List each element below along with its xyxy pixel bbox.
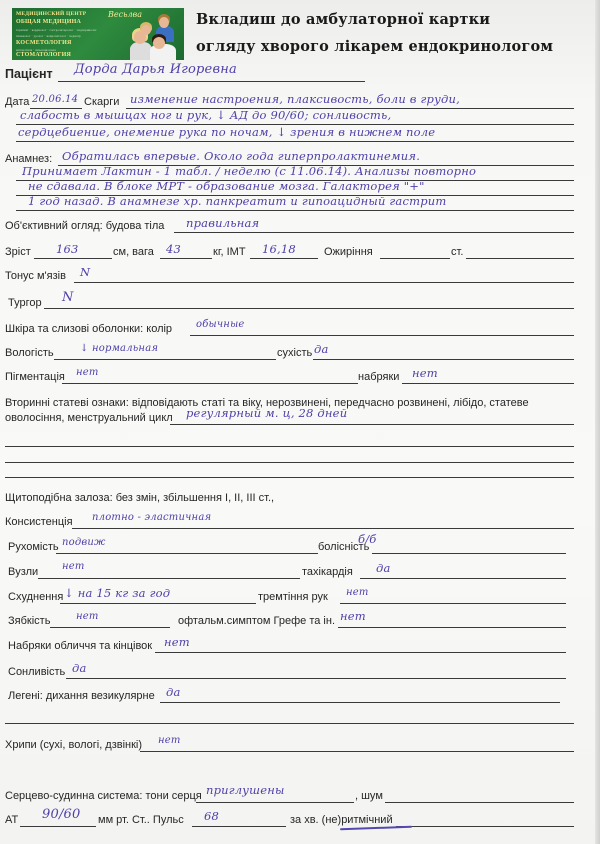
clinic-logo: МЕДИЦИНСКИЙ ЦЕНТР Весьлва ОБЩАЯ МЕДИЦИНА… [12,8,184,60]
secondary-sex-label-2: оволосіння, менструальний цикл [5,412,173,424]
consistency-field[interactable]: плотно - эластичная [92,512,211,523]
weight-loss-line [60,603,256,604]
tenderness-field[interactable]: б/б [358,532,377,546]
rhythm-label: за хв. (не)ритмічний [290,814,393,826]
tachycardia-label: тахікардія [302,566,353,578]
chilliness-label: Зябкість [8,615,50,627]
body-build-label: Об'єктивний огляд: будова тіла [5,220,164,232]
logo-line-dentistry: СТОМАТОЛОГИЯ [16,52,71,58]
hand-tremor-label: тремтіння рук [258,591,328,603]
obesity-label: Ожиріння [324,246,373,258]
edema-line [402,383,574,384]
tenderness-line [372,553,566,554]
logo-line-services-2: гинеколог · уролог · невропатолог · педи… [16,34,81,38]
blank-line-2 [5,462,574,463]
consistency-line [72,528,574,529]
blood-pressure-label: АТ [5,814,18,826]
anamnesis-field-line-2[interactable]: Принимает Лактин - 1 табл. / неделю (с 1… [22,164,476,178]
skin-color-line [190,335,574,336]
date-field[interactable]: 20.06.14 [32,94,78,105]
moisture-field[interactable]: ↓ нормальная [80,343,158,354]
pulse-line [192,826,286,827]
moisture-label: Вологість [5,347,54,359]
weight-loss-label: Схуднення [8,591,63,603]
body-build-line [174,232,574,233]
lungs-label: Легені: дихання везикулярне [8,690,155,702]
weight-label: см, вага [113,246,154,258]
turgor-label: Тургор [8,297,42,309]
height-line [34,258,112,259]
height-field[interactable]: 163 [56,242,79,256]
complaints-line-3 [16,141,574,142]
rhythm-line [396,826,574,827]
bmi-line [250,258,318,259]
face-edema-line [155,652,566,653]
pulse-field[interactable]: 68 [204,809,219,823]
obesity-degree-line [466,258,574,259]
turgor-field[interactable]: N [62,290,74,305]
turgor-line [44,308,574,309]
form-page: МЕДИЦИНСКИЙ ЦЕНТР Весьлва ОБЩАЯ МЕДИЦИНА… [0,0,600,844]
complaints-field-line-3[interactable]: сердцебиение, онемение рука по ночам, ↓ … [18,125,435,139]
heart-sounds-label: Серцево-судинна система: тони серця [5,790,202,802]
heart-sounds-field[interactable]: приглушены [206,783,285,797]
edema-field[interactable]: нет [412,366,438,380]
height-label: Зріст [5,246,31,258]
drowsiness-label: Сонливість [8,666,65,678]
edema-label: набряки [358,371,399,383]
skin-color-field[interactable]: обычные [196,319,245,330]
patient-field[interactable]: Дорда Дарья Игоревна [74,62,237,77]
anamnesis-line-4 [16,210,574,211]
graefe-field[interactable]: нет [340,609,366,623]
bmi-label: кг, ІМТ [213,246,246,258]
skin-color-label: Шкіра та слизові оболонки: колір [5,323,172,335]
logo-line-cosmetology: КОСМЕТОЛОГИЯ [16,40,72,46]
bmi-field[interactable]: 16,18 [262,242,296,256]
mobility-line [56,553,318,554]
face-edema-label: Набряки обличчя та кінцівок [8,640,152,652]
rhythm-underline-mark [340,826,412,831]
muscle-tone-line [74,282,574,283]
dryness-line [313,359,574,360]
logo-line-center: МЕДИЦИНСКИЙ ЦЕНТР [16,11,86,17]
tachycardia-line [360,578,566,579]
logo-line-general: ОБЩАЯ МЕДИЦИНА [16,19,81,25]
nodes-field[interactable]: нет [62,561,85,572]
logo-line-services: терапевт · кардиолог · гастроэнтеролог ·… [16,28,97,32]
blood-pressure-line [20,826,96,827]
obesity-degree-label: ст. [451,246,463,258]
body-build-field[interactable]: правильная [186,216,259,230]
muscle-tone-field[interactable]: N [80,265,90,279]
mobility-field[interactable]: подвиж [62,537,106,548]
pigmentation-line [62,383,358,384]
complaints-label: Скарги [84,96,119,108]
patient-field-line [58,81,365,82]
drowsiness-field[interactable]: да [72,661,87,675]
anamnesis-field-line-3[interactable]: не сдавала. В блоке МРТ - образование мо… [28,179,425,193]
family-photo-icon [122,14,182,60]
graefe-label: офтальм.симптом Грефе та ін. [178,615,335,627]
rales-label: Хрипи (сухі, вологі, дзвінкі) [5,739,142,751]
weight-line [160,258,212,259]
murmur-line [385,802,574,803]
weight-field[interactable]: 43 [166,242,181,256]
anamnesis-field-line-4[interactable]: 1 год назад. В анамнезе хр. панкреатит и… [28,194,447,208]
blood-pressure-field[interactable]: 90/60 [42,807,80,822]
pigmentation-label: Пігментація [5,371,65,383]
form-title-line2: огляду хворого лікарем ендокринологом [196,38,553,55]
menstrual-cycle-line [170,424,574,425]
consistency-label: Консистенція [5,516,73,528]
nodes-label: Вузли [8,566,38,578]
menstrual-cycle-field[interactable]: регулярный м. ц, 28 дней [186,406,347,420]
heart-sounds-line [196,802,354,803]
muscle-tone-label: Тонус м'язів [5,270,66,282]
dryness-field[interactable]: да [314,342,329,356]
murmur-label: , шум [355,790,383,802]
mobility-label: Рухомість [8,541,59,553]
complaints-field-line-2[interactable]: слабость в мышцах ног и рук, ↓ АД до 90/… [20,108,391,122]
anamnesis-field-line-1[interactable]: Обратилась впервые. Около года гиперпрол… [62,149,420,163]
drowsiness-line [66,678,566,679]
blank-line-3 [5,477,574,478]
pigmentation-field[interactable]: нет [76,367,99,378]
form-title-line1: Вкладиш до амбулаторної картки [196,11,490,28]
moisture-line [54,359,276,360]
lungs-blank-line [5,723,574,724]
complaints-field-line-1[interactable]: изменение настроения, плаксивость, боли … [130,92,460,106]
chilliness-field[interactable]: нет [76,611,99,622]
lungs-line [160,702,560,703]
thyroid-label: Щитоподібна залоза: без змін, збільшення… [5,492,274,504]
face-edema-field[interactable]: нет [164,635,190,649]
lungs-field[interactable]: да [166,685,181,699]
date-label: Дата [5,96,29,108]
graefe-line [338,627,566,628]
patient-label: Пацієнт [5,67,53,81]
hand-tremor-field[interactable]: нет [346,587,369,598]
dryness-label: сухість [277,347,312,359]
chilliness-line [50,627,170,628]
tachycardia-field[interactable]: да [376,561,391,575]
rales-field[interactable]: нет [158,735,181,746]
hand-tremor-line [340,603,566,604]
blank-line-1 [5,446,574,447]
weight-loss-field[interactable]: ↓ на 15 кг за год [64,586,170,600]
obesity-line [380,258,450,259]
pulse-label: мм рт. Ст.. Пульс [98,814,184,826]
nodes-line [38,578,300,579]
rales-line [140,751,574,752]
